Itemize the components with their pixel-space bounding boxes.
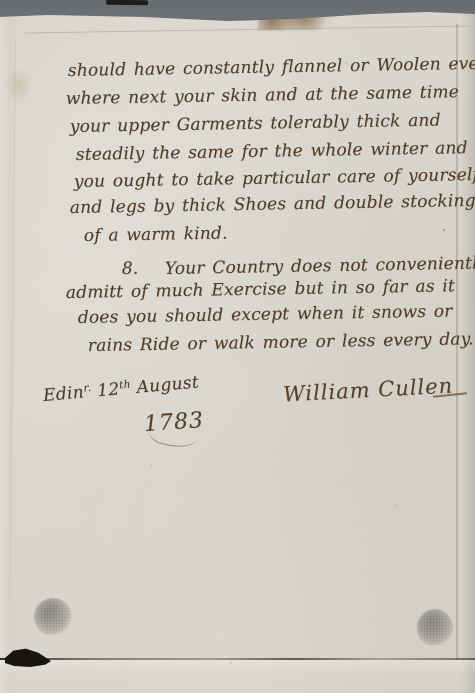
dateline-place: Edin [42, 383, 84, 406]
paper-sheet: should have constantly flannel or Woolen… [0, 10, 475, 693]
round-ink-smudge-right [417, 609, 453, 647]
signature: William Cullen [282, 374, 453, 407]
paper-right-edge-shading [461, 10, 475, 693]
handwriting-line-5: you ought to take particular care of you… [74, 165, 475, 192]
scanned-letter-page: should have constantly flannel or Woolen… [0, 0, 475, 693]
handwriting-line-1: should have constantly flannel or Woolen… [68, 54, 475, 81]
round-ink-smudge-left [34, 598, 72, 636]
section-number: 8. [122, 259, 139, 279]
handwriting-line-10: does you should except when it snows or [78, 301, 453, 328]
left-edge-stain [6, 68, 32, 102]
dateline-day: 12 [91, 379, 121, 401]
dateline: Edinr. 12th August [42, 372, 200, 406]
bottom-fold-line [0, 658, 475, 660]
handwriting-line-7: of a warm kind. [84, 223, 228, 246]
handwriting-line-11: rains Ride or walk more or less every da… [88, 329, 474, 356]
handwriting-line-9: admitt of much Exercise but in so far as… [66, 276, 455, 303]
top-crease-line [25, 26, 470, 34]
handwriting-line-8: Your Country does not conveniently [165, 253, 475, 279]
page-sliver-below-fold [0, 660, 475, 693]
handwriting-line-2: where next your skin and at the same tim… [66, 82, 459, 109]
handwriting-line-4: steadily the same for the whole winter a… [76, 138, 468, 165]
dateline-month: August [130, 372, 200, 398]
handwriting-line-3: your upper Garments tolerably thick and [70, 111, 441, 137]
handwriting-line-6: and legs by thick Shoes and double stock… [70, 191, 475, 218]
top-edge-ink-mark [106, 0, 148, 5]
